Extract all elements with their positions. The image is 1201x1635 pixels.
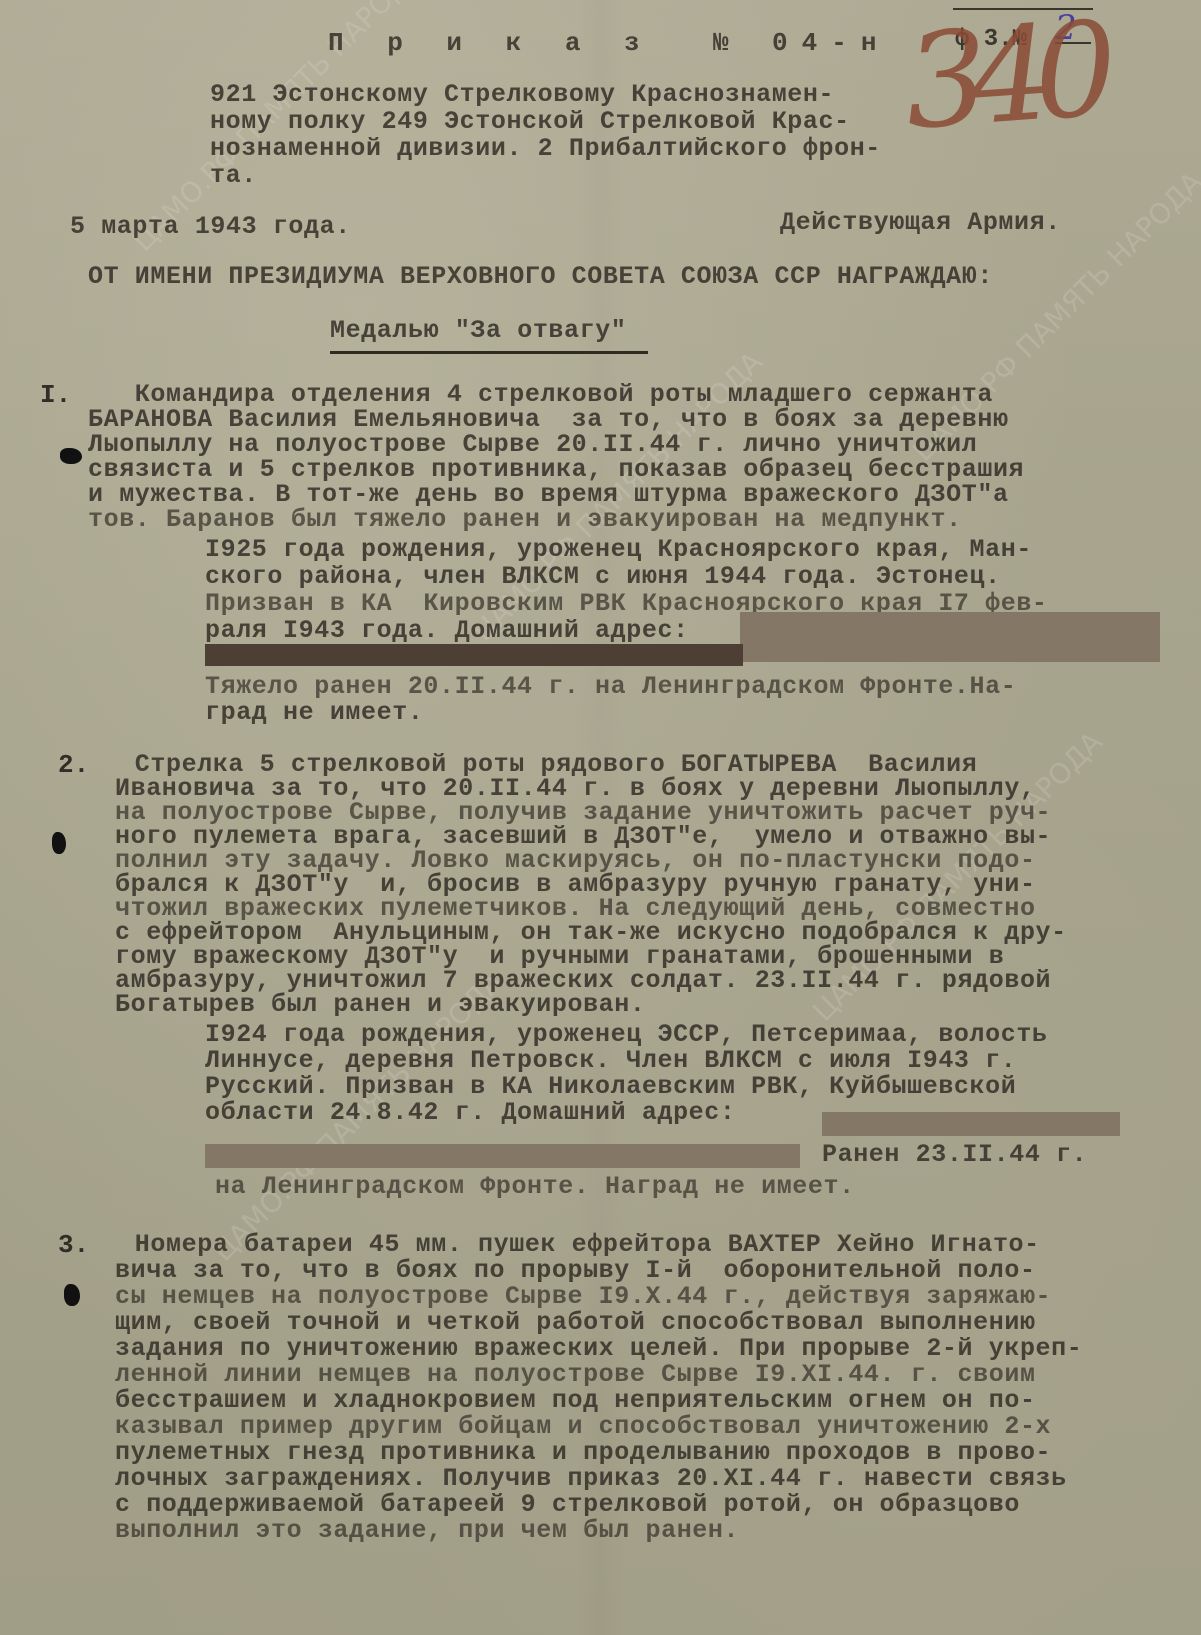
addressee-line: та.	[210, 161, 257, 190]
award-heading: Медалью "За отвагу"	[330, 316, 626, 345]
addressee-line: ному полку 249 Эстонской Стрелковой Крас…	[210, 107, 850, 136]
entry-bio-line: раля I943 года. Домашний адрес:	[205, 616, 689, 645]
entry-bio-line: Русский. Призван в КА Николаевским РВК, …	[205, 1072, 1016, 1101]
entry-wound-line: на Ленинградском Фронте. Наград не имеет…	[215, 1172, 855, 1201]
punch-hole	[60, 448, 82, 464]
handwritten-page-number: 340	[900, 0, 1104, 159]
entry-body-line: задания по уничтожению вражеских целей. …	[115, 1334, 1082, 1363]
entry-body-line: вича за то, что в боях по прорыву I-й об…	[115, 1256, 1036, 1285]
entry-bio-line: I925 года рождения, уроженец Красноярско…	[205, 535, 1032, 564]
redacted-address	[205, 1144, 800, 1168]
entry-body-line: Номера батареи 45 мм. пушек ефрейтора ВА…	[88, 1230, 1040, 1259]
order-title: П р и к а з № 04-н	[328, 28, 890, 58]
order-location: Действующая Армия.	[780, 208, 1061, 237]
redacted-address	[205, 644, 743, 666]
punch-hole	[52, 832, 66, 854]
entry-wound-line: Тяжело ранен 20.II.44 г. на Ленинградско…	[205, 672, 1016, 701]
addressee-line: нознаменной дивизии. 2 Прибалтийского фр…	[210, 134, 881, 163]
entry-body-line: щим, своей точной и четкой работой спосо…	[115, 1308, 1036, 1337]
award-heading-underline	[330, 351, 648, 354]
entry-body-line: сы немцев на полуострове Сырве I9.X.44 г…	[115, 1282, 1051, 1311]
entry-body-line: ленной линии немцев на полуострове Сырве…	[115, 1360, 1036, 1389]
entry-bio-line: области 24.8.42 г. Домашний адрес:	[205, 1098, 735, 1127]
entry-body-line: лочных заграждениях. Получив приказ 20.X…	[115, 1464, 1067, 1493]
punch-hole	[64, 1284, 80, 1306]
entry-number: 3.	[58, 1230, 89, 1260]
entry-bio-line: ского района, член ВЛКСМ с июня 1944 год…	[205, 562, 1001, 591]
redacted-address	[822, 1112, 1120, 1136]
redacted-address	[740, 612, 1160, 662]
entry-body-line: бесстрашием и хладнокровием под неприяте…	[115, 1386, 1036, 1415]
entry-body-line: Богатырев был ранен и эвакуирован.	[115, 990, 645, 1019]
addressee-line: 921 Эстонскому Стрелковому Краснознамен-	[210, 80, 834, 109]
entry-body-line: с поддерживаемой батареей 9 стрелковой р…	[115, 1490, 1020, 1519]
order-date: 5 марта 1943 года.	[70, 212, 351, 241]
entry-body-line: тов. Баранов был тяжело ранен и эвакуиро…	[88, 505, 962, 534]
entry-body-line: казывал пример другим бойцам и способств…	[115, 1412, 1051, 1441]
entry-number: 2.	[58, 750, 89, 780]
entry-wound-inline: Ранен 23.II.44 г.	[822, 1140, 1087, 1169]
entry-bio-line: I924 года рождения, уроженец ЭССР, Петсе…	[205, 1020, 1048, 1049]
entry-number: I.	[40, 380, 71, 410]
entry-body-line: выполнил это задание, при чем был ранен.	[115, 1516, 739, 1545]
entry-body-line: пулеметных гнезд противника и проделыван…	[115, 1438, 1051, 1467]
entry-bio-line: Линнусе, деревня Петровск. Член ВЛКСМ с …	[205, 1046, 1016, 1075]
scanned-document-page: ЦАМО.РФ ПАМЯТЬ НАРОДА ЦАМО.РФ ПАМЯТЬ НАР…	[0, 0, 1201, 1635]
decree-heading: ОТ ИМЕНИ ПРЕЗИДИУМА ВЕРХОВНОГО СОВЕТА СО…	[88, 262, 993, 291]
entry-wound-line: град не имеет.	[205, 698, 423, 727]
